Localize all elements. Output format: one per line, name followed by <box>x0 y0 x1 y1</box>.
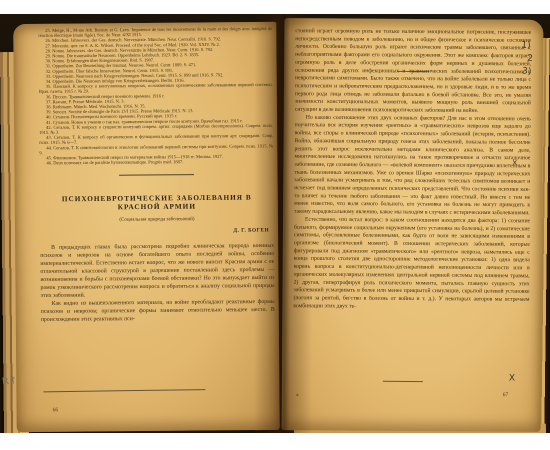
body-paragraph: В предыдущих главах была рассмотрена под… <box>40 242 274 300</box>
right-page: стояний играет огромную роль не только н… <box>282 18 544 432</box>
page-number-left: 66 <box>53 407 59 413</box>
right-page-text-block: стояний играет огромную роль не только н… <box>293 27 532 429</box>
chapter-author: Д. Г. БОГЕН <box>40 228 269 235</box>
background-strip-top <box>0 0 550 14</box>
handwritten-number-mark: 3) <box>522 66 532 77</box>
body-paragraph: Как видно из вышеизложенного материала, … <box>41 298 275 324</box>
reference-entry: 46. Deux nouveaux cas de paralisie hyste… <box>39 159 273 166</box>
section-divider <box>119 174 194 176</box>
handwritten-x-mark: Х <box>509 374 515 384</box>
chapter-title: ПСИХОНЕВРОТИЧЕСКИЕ ЗАБОЛЕВАНИЯ В КРАСНОЙ… <box>40 194 274 213</box>
left-page: 25. Meige, H., M-me Ath. Benisty et G. L… <box>13 22 280 432</box>
handwritten-number-mark: 2 <box>527 54 533 64</box>
background-strip-bottom <box>0 433 550 450</box>
handwritten-number-mark: 1) <box>521 40 531 51</box>
book-photo: 25. Meige, H., M-me Ath. Benisty et G. L… <box>0 14 550 433</box>
footnote-asterisk: * <box>296 392 299 400</box>
handwritten-x-mark: х <box>512 158 517 167</box>
page-number-right: 67 <box>503 392 509 398</box>
pencil-underline <box>397 71 429 72</box>
body-paragraph: Но каково соотношение этих двух основных… <box>294 114 531 218</box>
body-paragraph: Естественно, что встал вопрос: в каком с… <box>293 216 530 312</box>
chapter-subtitle: (Социальная природа заболеваний) <box>40 216 274 224</box>
left-page-text-block: 25. Meige, H., M-me Ath. Benisty et G. L… <box>38 26 275 430</box>
handwritten-pencil-note: R↑ <box>1 375 18 388</box>
